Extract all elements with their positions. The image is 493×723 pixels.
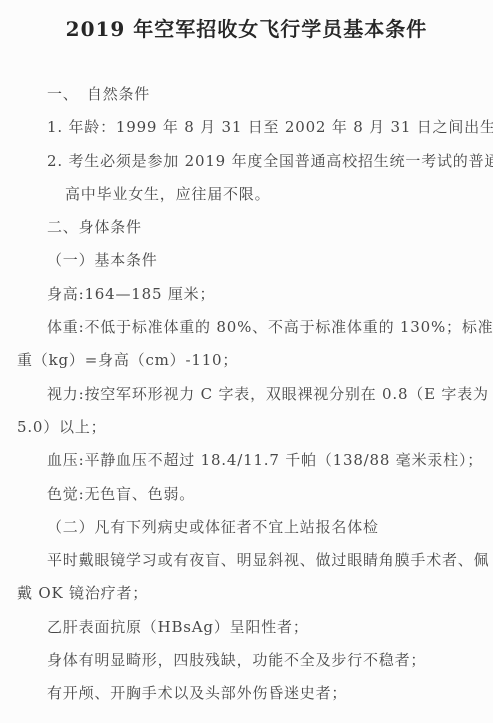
text-line: 重（kg）=身高（cm）-110； <box>17 344 479 377</box>
text-line: 高中毕业女生，应往届不限。 <box>17 178 479 211</box>
text-line: 1. 年龄：1999 年 8 月 31 日至 2002 年 8 月 31 日之间… <box>17 111 479 144</box>
text-line: （二）凡有下列病史或体征者不宜上站报名体检 <box>17 511 479 544</box>
text-line: 二、身体条件 <box>17 211 479 244</box>
text-line: 身体有明显畸形，四肢残缺，功能不全及步行不稳者； <box>17 644 479 677</box>
text-line: 血压:平静血压不超过 18.4/11.7 千帕（138/88 毫米汞柱）； <box>17 444 479 477</box>
text-line: 2. 考生必须是参加 2019 年度全国普通高校招生统一考试的普通 <box>17 145 479 178</box>
document-page: 2019 年空军招收女飞行学员基本条件 一、 自然条件1. 年龄：1999 年 … <box>0 0 493 723</box>
text-line: 视力:按空军环形视力 C 字表，双眼裸视分别在 0.8（E 字表为 <box>17 378 479 411</box>
text-line: 有开颅、开胸手术以及头部外伤昏迷史者； <box>17 677 479 710</box>
document-title: 2019 年空军招收女飞行学员基本条件 <box>0 0 493 43</box>
document-lines: 一、 自然条件1. 年龄：1999 年 8 月 31 日至 2002 年 8 月… <box>0 78 493 711</box>
text-line: （一）基本条件 <box>17 244 479 277</box>
text-line: 乙肝表面抗原（HBsAg）呈阳性者； <box>17 611 479 644</box>
text-line: 平时戴眼镜学习或有夜盲、明显斜视、做过眼睛角膜手术者、佩 <box>17 544 479 577</box>
text-line: 体重:不低于标准体重的 80%、不高于标准体重的 130%；标准体 <box>17 311 479 344</box>
text-line: 色觉:无色盲、色弱。 <box>17 478 479 511</box>
text-line: 戴 OK 镜治疗者； <box>17 577 479 610</box>
text-line: 一、 自然条件 <box>17 78 479 111</box>
text-line: 5.0）以上； <box>17 411 479 444</box>
text-line: 身高:164—185 厘米； <box>17 278 479 311</box>
